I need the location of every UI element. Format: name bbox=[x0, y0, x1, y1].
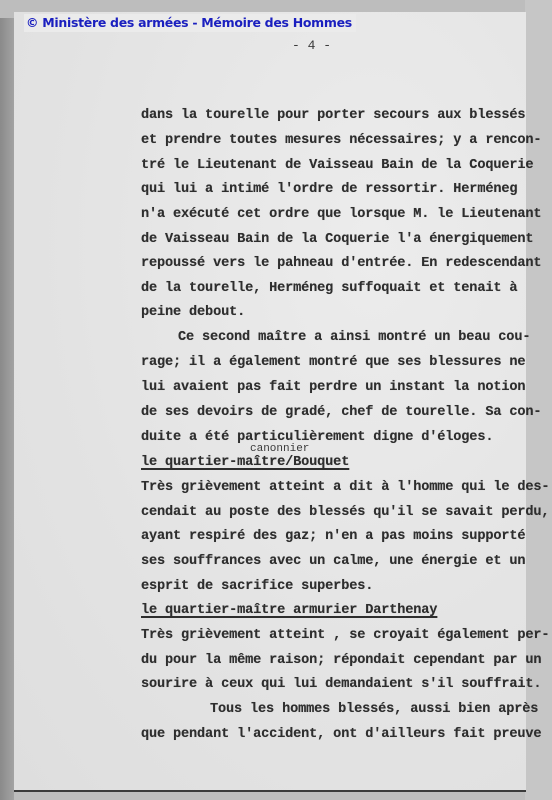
text-line: esprit de sacrifice superbes. bbox=[141, 579, 373, 595]
section-heading-darthenay: le quartier-maître armurier Darthenay bbox=[141, 603, 437, 619]
text-line: tré le Lieutenant de Vaisseau Bain de la… bbox=[141, 158, 533, 174]
text-line: Ce second maître a ainsi montré un beau … bbox=[178, 330, 530, 346]
handwritten-annotation: canonnier bbox=[250, 443, 309, 455]
text-line: n'a exécuté cet ordre que lorsque M. le … bbox=[141, 207, 541, 223]
text-line: de Vaisseau Bain de la Coquerie l'a éner… bbox=[141, 232, 533, 248]
text-line: ayant respiré des gaz; n'en a pas moins … bbox=[141, 529, 525, 545]
text-line: du pour la même raison; répondait cepend… bbox=[141, 653, 541, 669]
document-page bbox=[14, 12, 526, 790]
text-line: qui lui a intimé l'ordre de ressortir. H… bbox=[141, 182, 517, 198]
page-number: - 4 - bbox=[292, 38, 331, 53]
text-line: cendait au poste des blessés qu'il se sa… bbox=[141, 505, 549, 521]
scan-background-shadow bbox=[0, 18, 14, 800]
text-line: Tous les hommes blessés, aussi bien aprè… bbox=[210, 702, 538, 718]
text-line: Très grièvement atteint a dit à l'homme … bbox=[141, 480, 549, 496]
copyright-watermark: © Ministère des armées - Mémoire des Hom… bbox=[24, 14, 356, 32]
text-line: et prendre toutes mesures nécessaires; y… bbox=[141, 133, 541, 149]
text-line: duite a été particulièrement digne d'élo… bbox=[141, 430, 493, 446]
text-line: de ses devoirs de gradé, chef de tourell… bbox=[141, 405, 541, 421]
section-heading-bouquet: le quartier-maître/Bouquet bbox=[141, 455, 349, 471]
text-line: dans la tourelle pour porter secours aux… bbox=[141, 108, 525, 124]
text-line: peine debout. bbox=[141, 305, 245, 321]
text-line: sourire à ceux qui lui demandaient s'il … bbox=[141, 677, 541, 693]
text-line: ses souffrances avec un calme, une énerg… bbox=[141, 554, 525, 570]
text-line: repoussé vers le pahneau d'entrée. En re… bbox=[141, 256, 541, 272]
text-line: rage; il a également montré que ses bles… bbox=[141, 355, 525, 371]
text-line: que pendant l'accident, ont d'ailleurs f… bbox=[141, 727, 541, 743]
text-line: Très grièvement atteint , se croyait éga… bbox=[141, 628, 549, 644]
text-line: lui avaient pas fait perdre un instant l… bbox=[141, 380, 525, 396]
text-line: de la tourelle, Herméneg suffoquait et t… bbox=[141, 281, 517, 297]
